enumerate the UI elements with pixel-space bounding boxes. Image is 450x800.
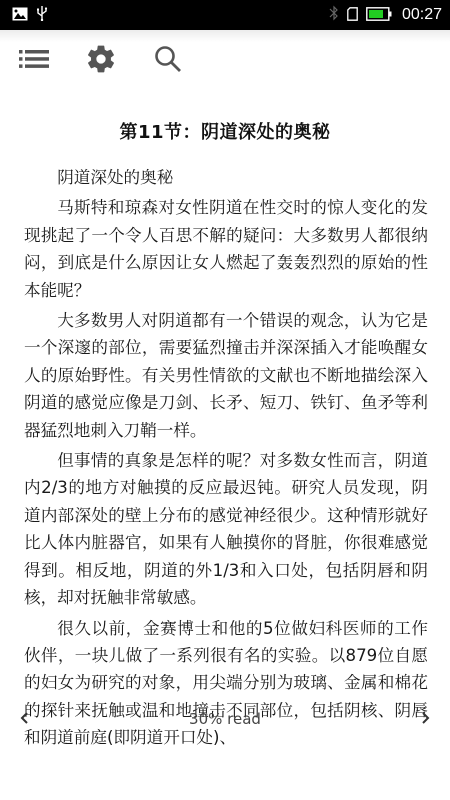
usb-icon (36, 5, 48, 25)
chevron-left-icon (19, 710, 29, 729)
next-page-button[interactable] (416, 707, 436, 731)
bluetooth-icon (329, 5, 339, 25)
status-bar: 00:27 (0, 0, 450, 30)
image-notification-icon (12, 6, 28, 25)
status-right: 00:27 (329, 5, 442, 25)
reading-progress: 30% read (189, 710, 261, 728)
chevron-right-icon (421, 710, 431, 729)
status-left (12, 5, 48, 25)
paragraph: 阴道深处的奥秘 (24, 164, 428, 191)
list-icon (19, 49, 49, 73)
settings-button[interactable] (83, 43, 119, 79)
table-of-contents-button[interactable] (16, 43, 52, 79)
reading-content[interactable]: 阴道深处的奥秘 马斯特和琼森对女性阴道在性交时的惊人变化的发现挑起了一个令人百思… (24, 164, 428, 755)
status-time: 00:27 (402, 6, 442, 24)
chapter-title: 第11节：阴道深处的奥秘 (0, 118, 450, 144)
reading-footer: 30% read (0, 705, 450, 733)
gear-icon (85, 43, 117, 79)
toolbar (0, 30, 450, 92)
paragraph: 马斯特和琼森对女性阴道在性交时的惊人变化的发现挑起了一个令人百思不解的疑问：大多… (24, 194, 428, 304)
sim-card-icon (347, 6, 358, 25)
search-button[interactable] (150, 43, 186, 79)
paragraph: 但事情的真象是怎样的呢？对多数女性而言，阴道内2/3的地方对触摸的反应最迟钝。研… (24, 447, 428, 611)
search-icon (153, 44, 183, 78)
battery-icon (366, 6, 392, 25)
paragraph: 大多数男人对阴道都有一个错误的观念，认为它是一个深邃的部位，需要猛烈撞击并深深插… (24, 307, 428, 444)
previous-page-button[interactable] (14, 707, 34, 731)
